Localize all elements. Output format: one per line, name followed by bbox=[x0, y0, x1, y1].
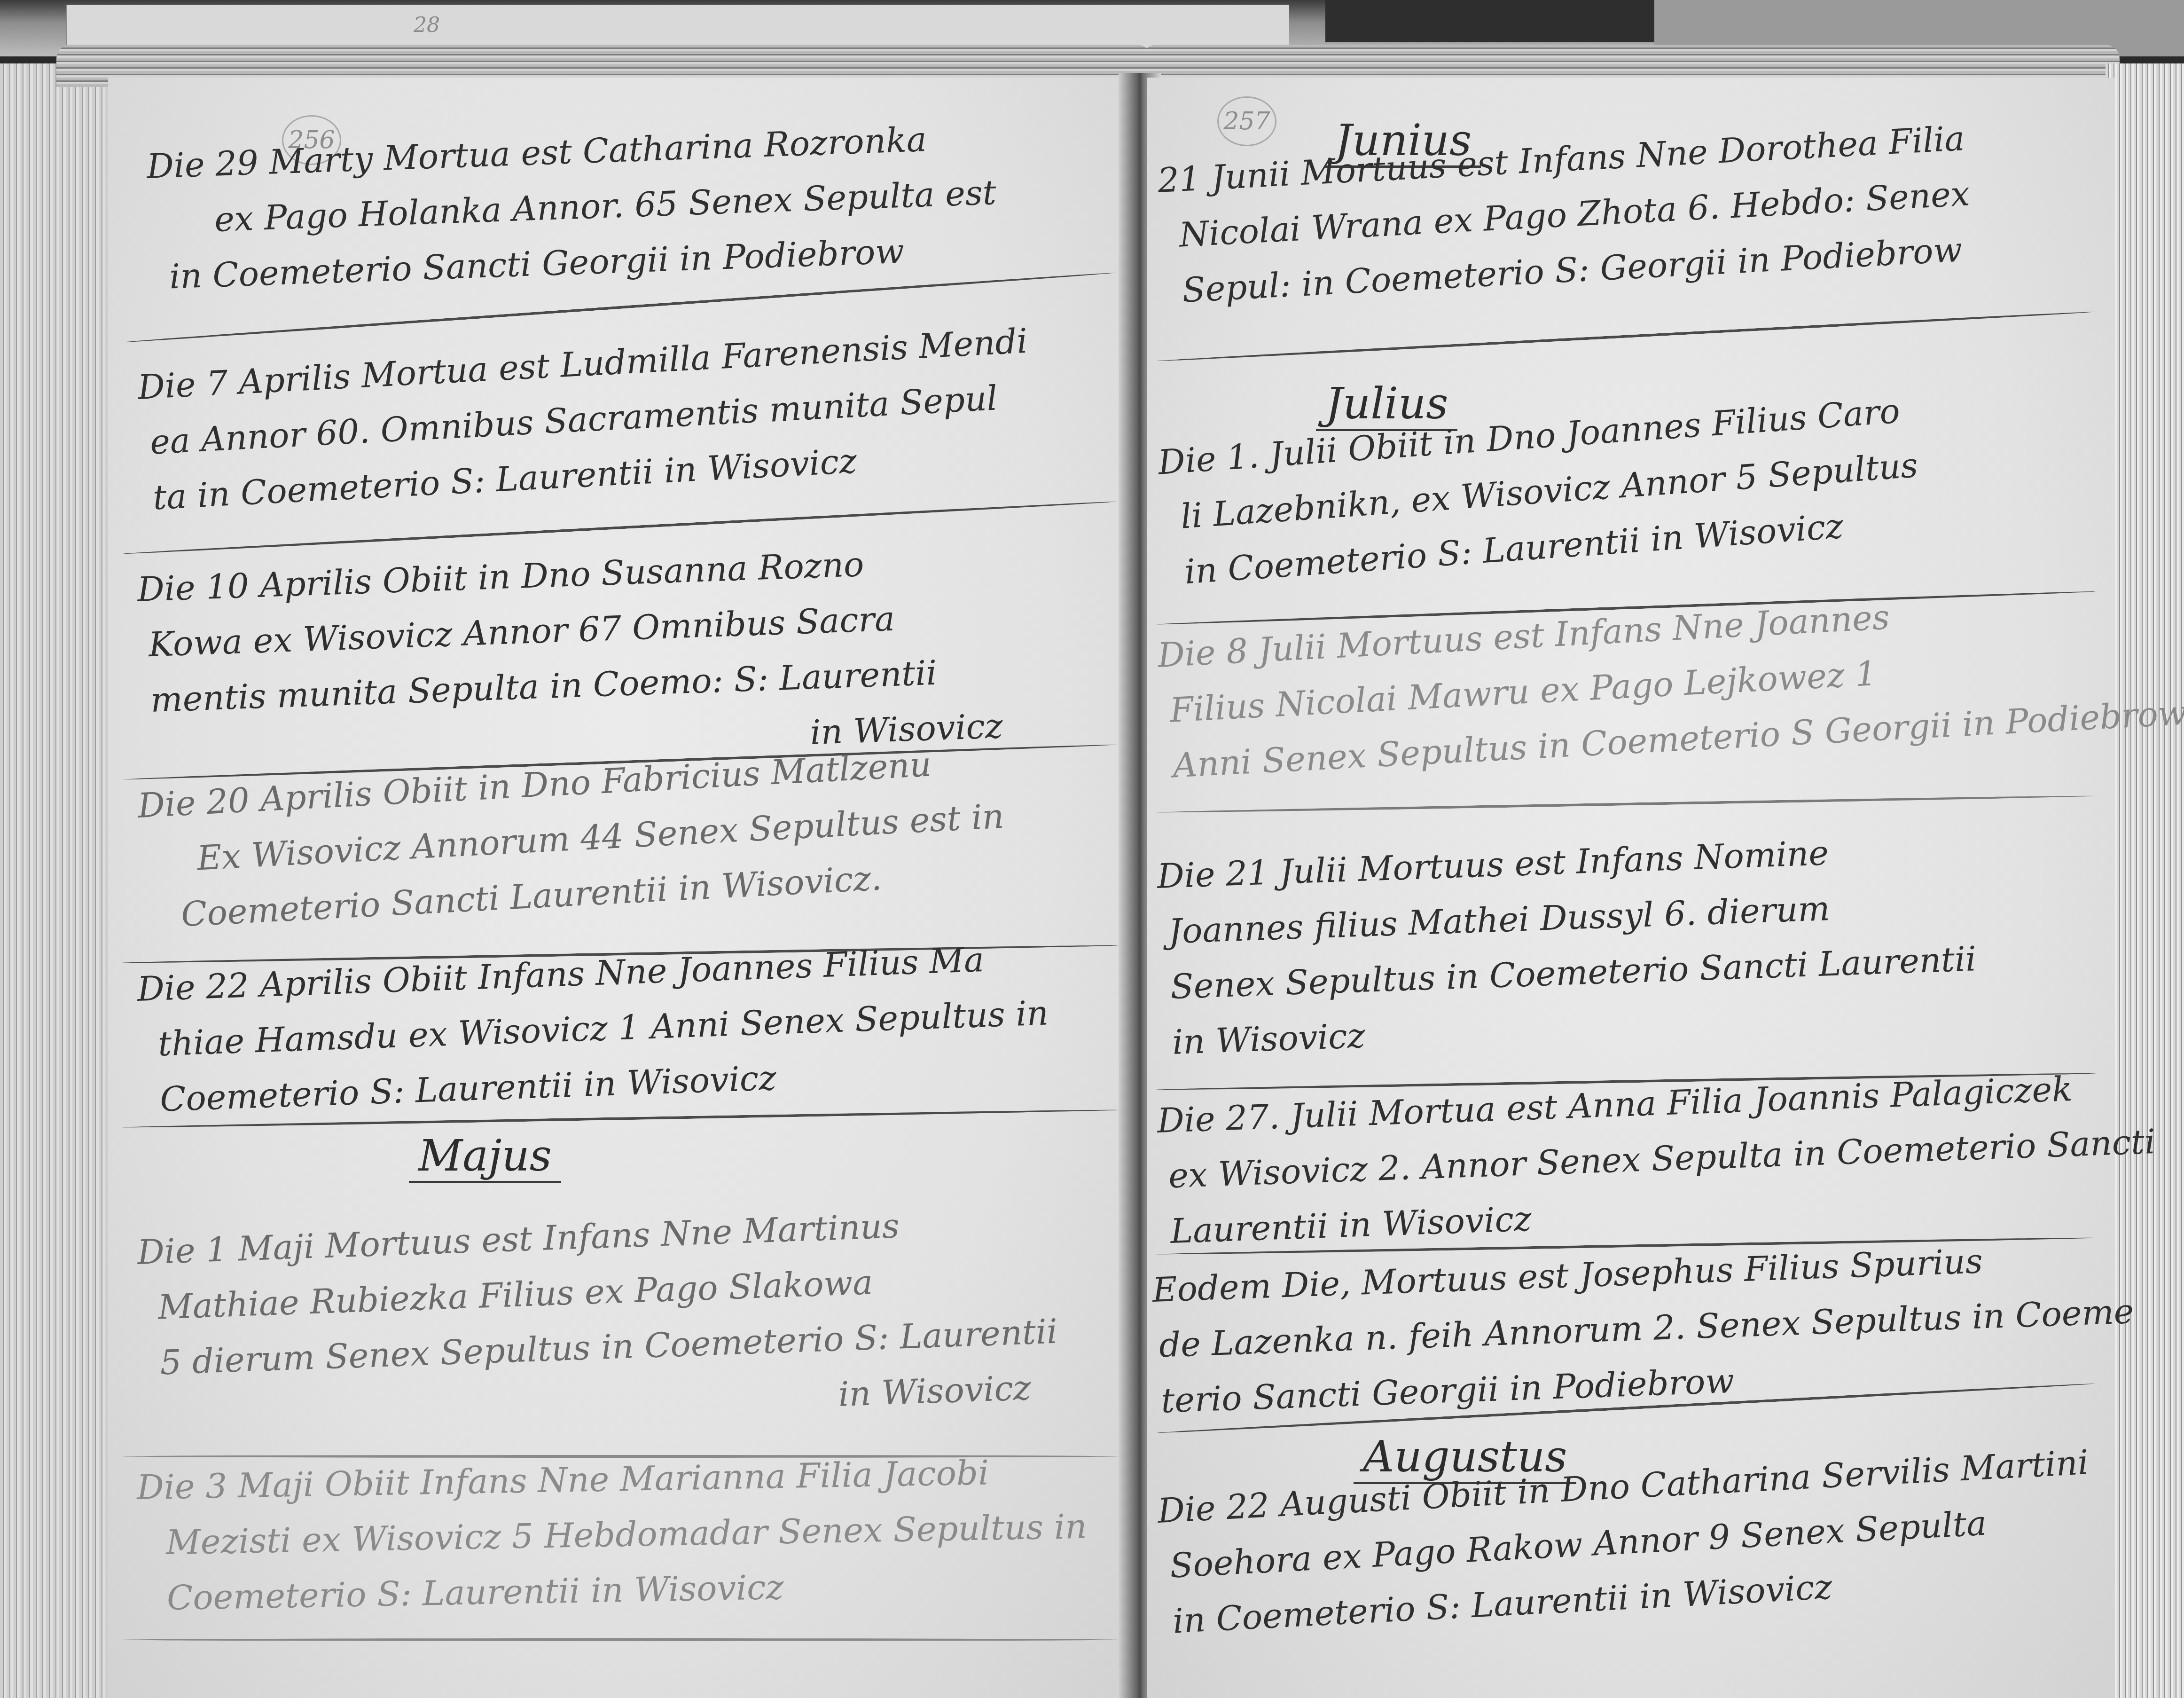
register-entry: Die 1. Julii Obiit in Dno Joannes Filius… bbox=[1156, 382, 1924, 601]
register-entry: Die 8 Julii Mortuus est Infans Nne Joann… bbox=[1156, 574, 2184, 794]
book-clasp bbox=[1325, 0, 1654, 42]
top-margin-note: 28 bbox=[414, 13, 440, 37]
page-stack-right bbox=[2106, 63, 2184, 1698]
entry-divider bbox=[1156, 794, 2096, 814]
register-entry: Die 22 Aprilis Obiit Infans Nne Joannes … bbox=[136, 929, 1051, 1127]
right-page: 257 Junius 21 Junii Mortuus est Infans N… bbox=[1147, 78, 2115, 1698]
entry-divider bbox=[122, 1638, 1119, 1641]
page-stack-left bbox=[0, 63, 113, 1698]
register-entry: Eodem Die, Mortuus est Josephus Filius S… bbox=[1151, 1228, 2137, 1429]
page-number-stamp: 257 bbox=[1217, 96, 1276, 146]
month-heading-majus: Majus bbox=[409, 1131, 561, 1183]
register-entry: Die 22 Augusti Obiit in Dno Catharina Se… bbox=[1156, 1434, 2096, 1649]
register-entry: Die 7 Aprilis Mortua est Ludmilla Farene… bbox=[136, 313, 1035, 526]
register-entry: 21 Junii Mortuus est Infans Nne Dorothea… bbox=[1156, 110, 1974, 319]
register-entry: Die 27. Julii Mortua est Anna Filia Joan… bbox=[1156, 1058, 2158, 1259]
register-entry: Die 21 Julii Mortuus est Infans Nomine J… bbox=[1156, 820, 1979, 1070]
left-page: 256 Die 29 Marty Mortua est Catharina Ro… bbox=[108, 78, 1133, 1698]
register-entry: Die 3 Maji Obiit Infans Nne Marianna Fil… bbox=[136, 1443, 1088, 1626]
open-register-book: 256 Die 29 Marty Mortua est Catharina Ro… bbox=[0, 45, 2184, 1698]
register-entry: Die 1 Maji Mortuus est Infans Nne Martin… bbox=[136, 1193, 1060, 1446]
register-entry: Die 29 Marty Mortua est Catharina Rozron… bbox=[146, 109, 999, 305]
entry-divider bbox=[1156, 310, 2095, 362]
